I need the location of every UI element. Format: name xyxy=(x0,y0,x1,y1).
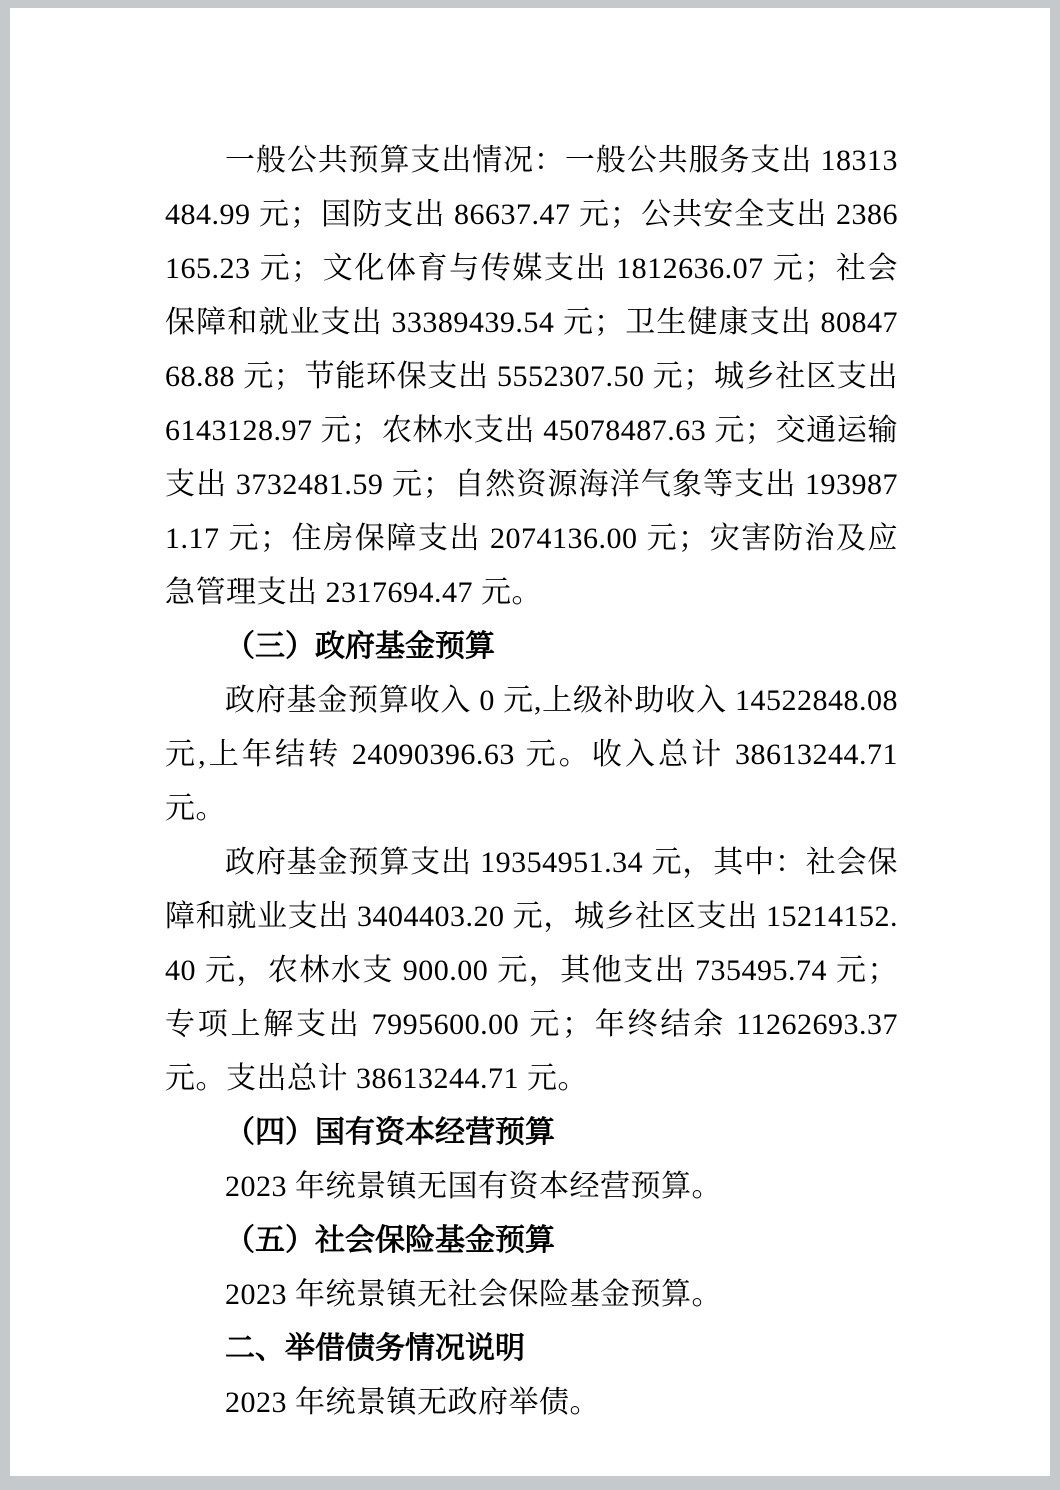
paragraph-no-state-capital-budget: 2023 年统景镇无国有资本经营预算。 xyxy=(165,1160,898,1214)
paragraph-government-fund-income: 政府基金预算收入 0 元,上级补助收入 14522848.08 元,上年结转 2… xyxy=(165,674,898,836)
heading-part-2-debt-situation: 二、举借债务情况说明 xyxy=(165,1322,898,1376)
paragraph-no-government-debt: 2023 年统景镇无政府举债。 xyxy=(165,1376,898,1430)
paragraph-general-public-budget-expenditure: 一般公共预算支出情况：一般公共服务支出 18313484.99 元；国防支出 8… xyxy=(165,134,898,620)
heading-section-3-government-fund-budget: （三）政府基金预算 xyxy=(165,620,898,674)
document-content: 一般公共预算支出情况：一般公共服务支出 18313484.99 元；国防支出 8… xyxy=(10,8,1050,1430)
page-backdrop: 一般公共预算支出情况：一般公共服务支出 18313484.99 元；国防支出 8… xyxy=(0,0,1060,1490)
heading-section-5-social-insurance-fund-budget: （五）社会保险基金预算 xyxy=(165,1214,898,1268)
heading-section-4-state-capital-budget: （四）国有资本经营预算 xyxy=(165,1106,898,1160)
paragraph-no-social-insurance-budget: 2023 年统景镇无社会保险基金预算。 xyxy=(165,1268,898,1322)
paragraph-government-fund-expenditure: 政府基金预算支出 19354951.34 元，其中：社会保障和就业支出 3404… xyxy=(165,836,898,1106)
document-page: 一般公共预算支出情况：一般公共服务支出 18313484.99 元；国防支出 8… xyxy=(10,8,1050,1476)
